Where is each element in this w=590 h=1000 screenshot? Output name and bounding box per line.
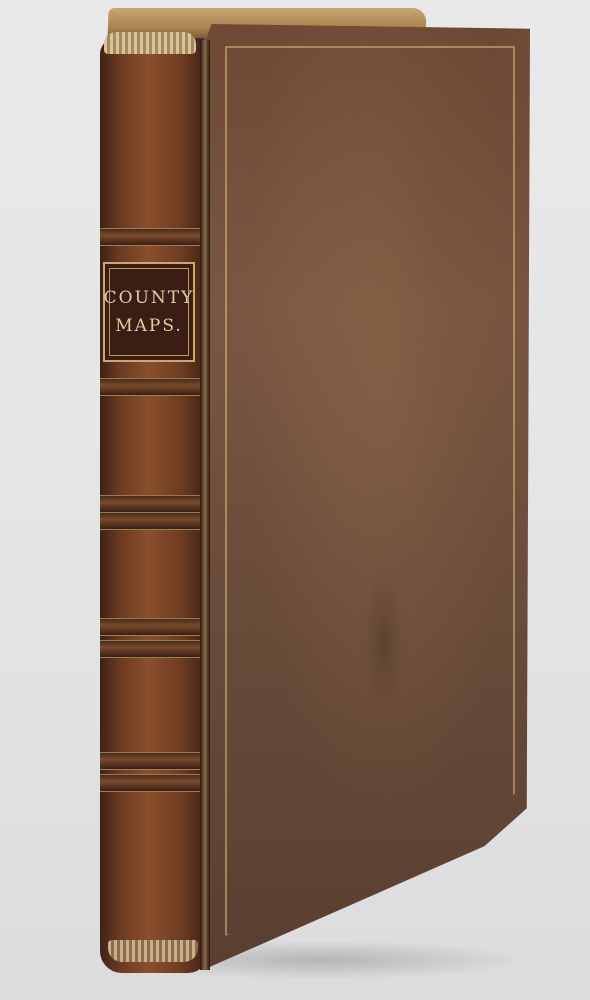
spine-raised-band [100, 228, 208, 246]
spine-raised-band [100, 774, 208, 792]
spine-raised-band [100, 378, 208, 396]
spine-title-label: COUNTY MAPS. [103, 262, 195, 362]
spine-headcap [104, 32, 196, 54]
spine-title-line-2: MAPS. [115, 312, 183, 340]
spine-title-line-1: COUNTY [104, 284, 195, 312]
spine-tailcap [108, 940, 198, 962]
spine-raised-band [100, 495, 208, 513]
spine-joint [200, 40, 210, 970]
gilt-cover-border [225, 46, 515, 936]
spine-raised-band [100, 512, 208, 530]
spine-raised-band [100, 640, 208, 658]
spine-raised-band [100, 618, 208, 636]
spine-raised-band [100, 752, 208, 770]
photo-scene: COUNTY MAPS. [0, 0, 590, 1000]
